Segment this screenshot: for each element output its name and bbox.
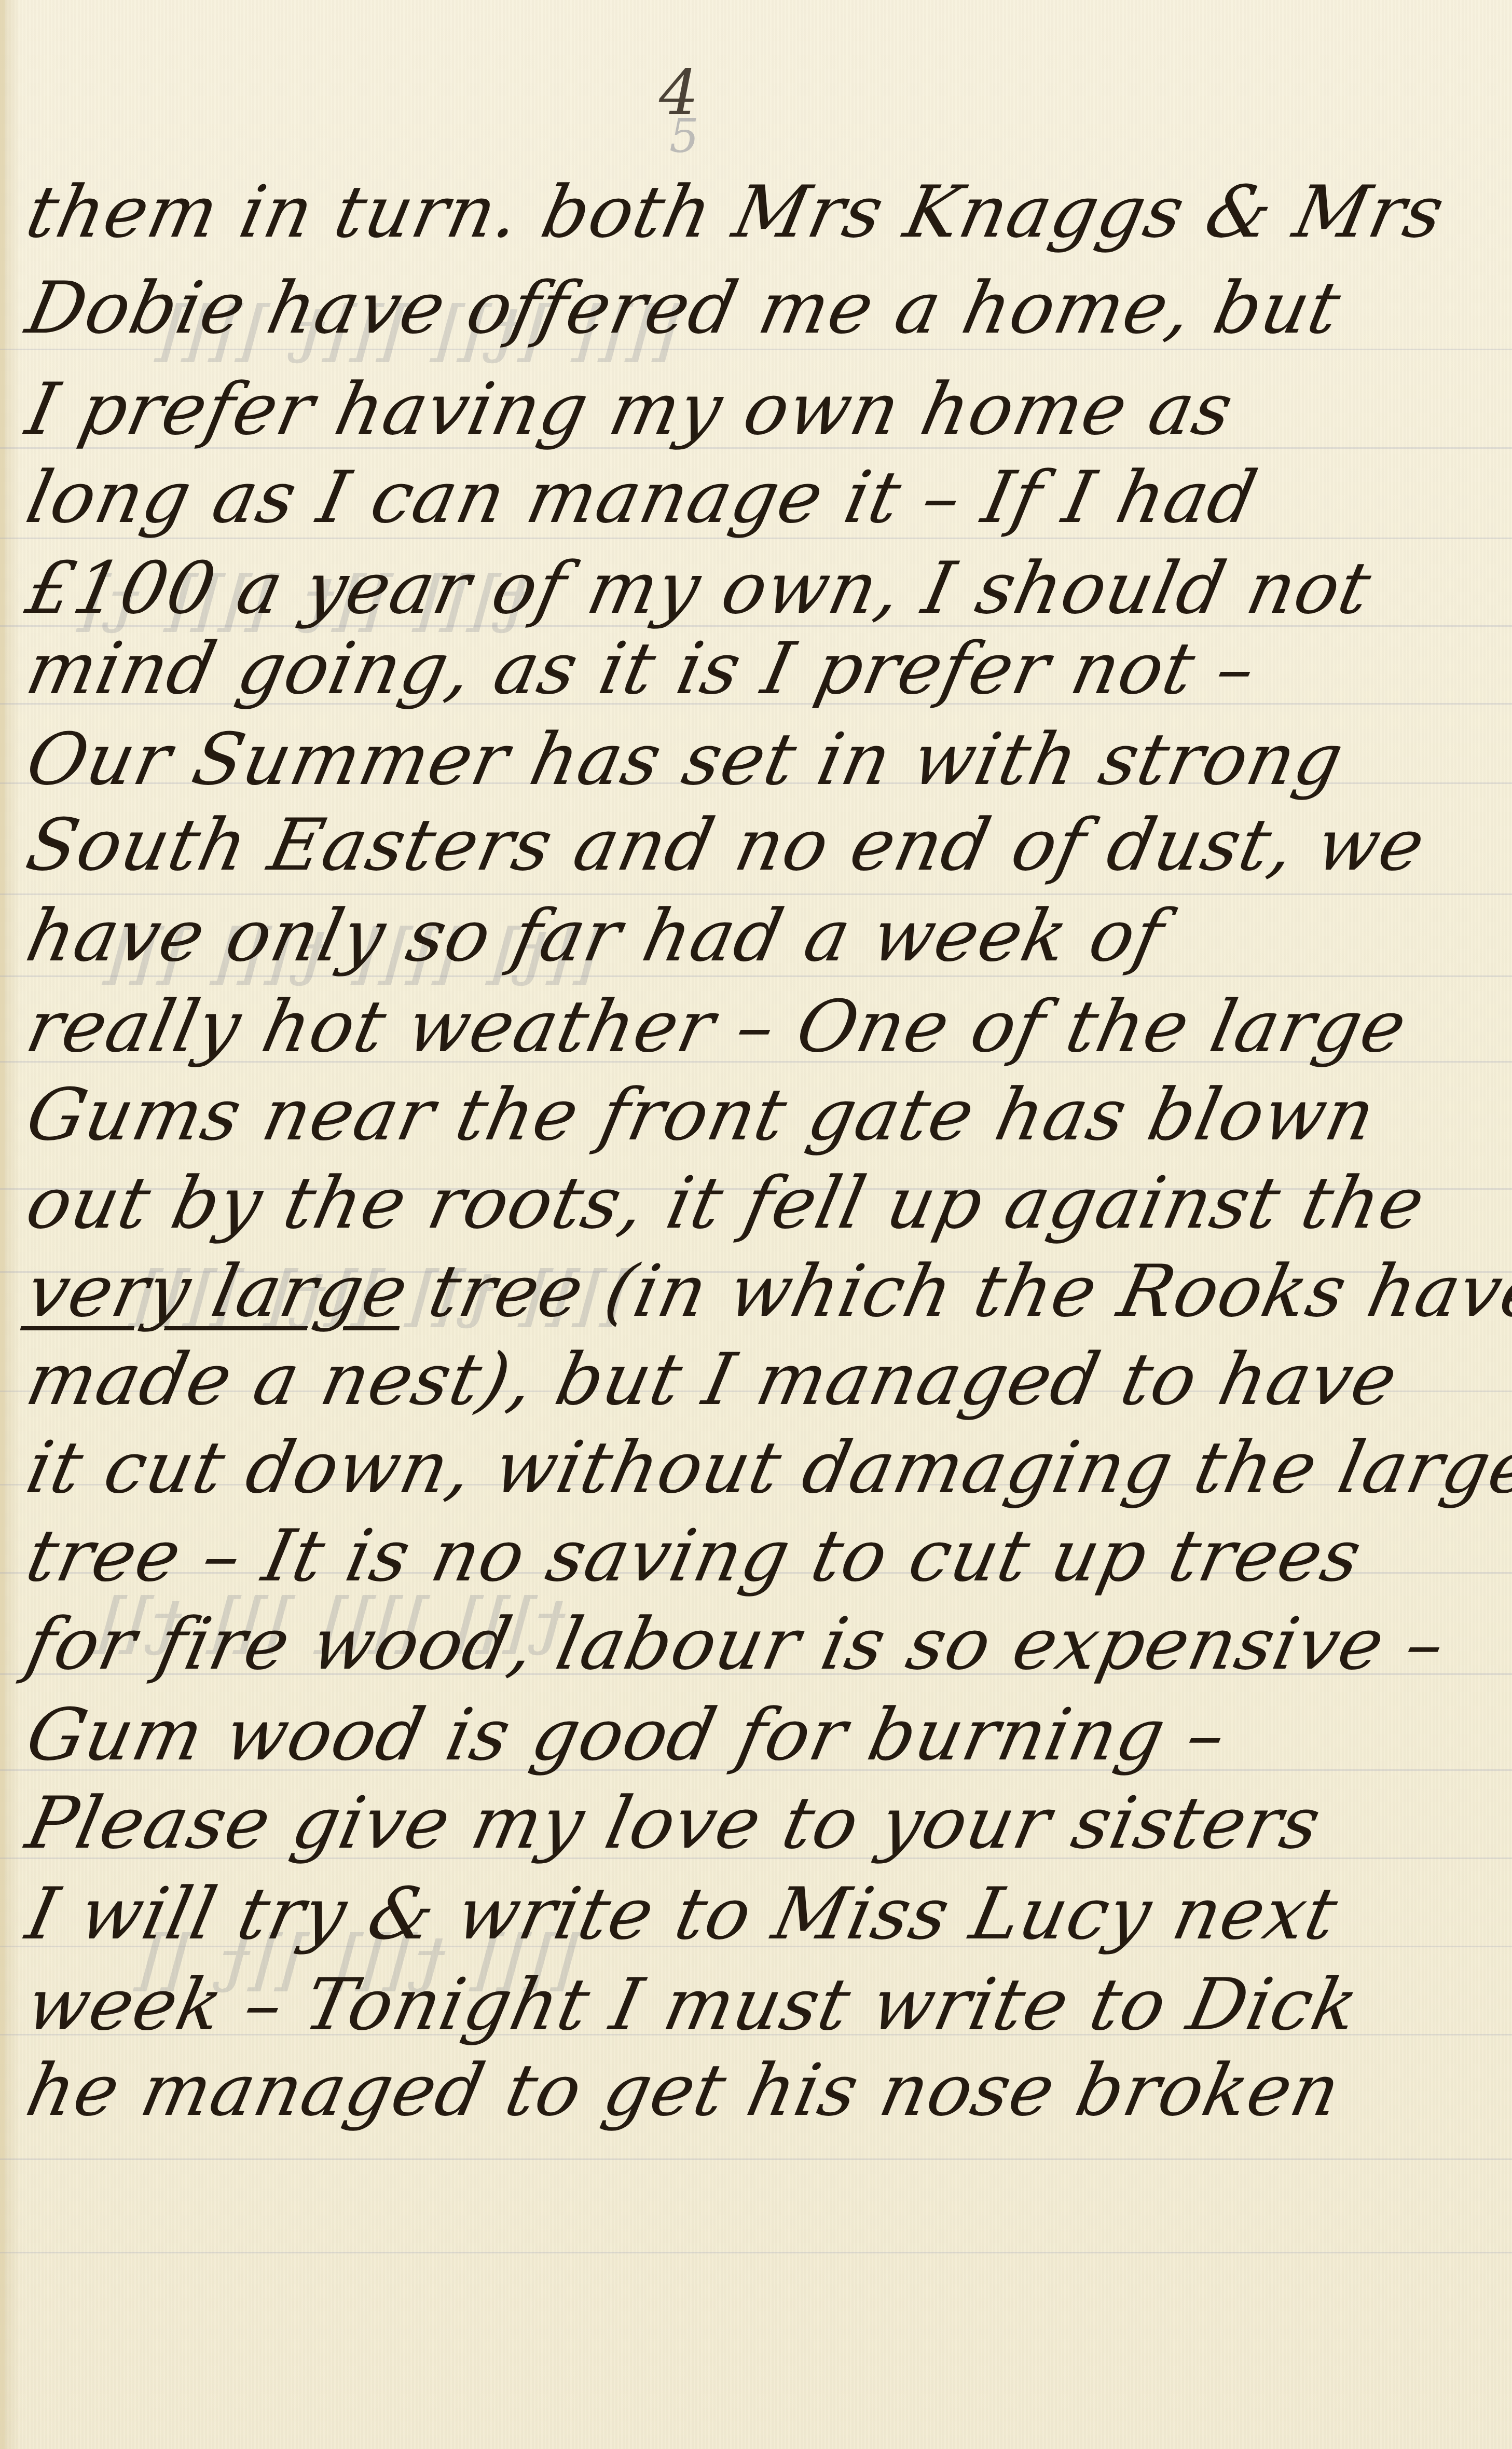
letter-line-9: have only so far had a week of	[21, 900, 1170, 972]
letter-page: llll ltll lllt llll tlll llt llll tl llt…	[0, 0, 1512, 2449]
line-13-rest: tree (in which the Rooks have	[398, 1249, 1512, 1333]
letter-line-6: mind going, as it is I prefer not –	[21, 633, 1262, 705]
letter-line-3: I prefer having my own home as	[21, 374, 1240, 445]
letter-line-13: very large tree (in which the Rooks have	[21, 1256, 1512, 1327]
ruled-line	[0, 2158, 1512, 2160]
letter-line-21: week – Tonight I must write to Dick	[21, 1969, 1365, 2041]
letter-line-11: Gums near the front gate has blown	[21, 1079, 1382, 1151]
letter-line-20: I will try & write to Miss Lucy next	[21, 1878, 1344, 1950]
page-number-bleed-through: 5	[669, 109, 699, 163]
letter-line-5: £100 a year of my own, I should not	[21, 553, 1378, 624]
letter-line-17: for fire wood, labour is so expensive –	[21, 1608, 1451, 1680]
letter-line-22: he managed to get his nose broken	[21, 2055, 1347, 2126]
letter-line-16: tree – It is no saving to cut up trees	[21, 1520, 1368, 1592]
letter-line-4: long as I can manage it – If I had	[21, 462, 1263, 533]
letter-line-18: Gum wood is good for burning –	[21, 1699, 1232, 1771]
letter-line-12: out by the roots, it fell up against the	[21, 1167, 1431, 1239]
letter-line-14: made a nest), but I managed to have	[21, 1344, 1404, 1415]
letter-line-15: it cut down, without damaging the large	[21, 1432, 1512, 1504]
ruled-line	[0, 2252, 1512, 2253]
letter-line-19: Please give my love to your sisters	[21, 1787, 1327, 1859]
letter-line-7: Our Summer has set in with strong	[21, 724, 1350, 795]
letter-line-2: Dobie have offered me a home, but	[21, 272, 1347, 344]
letter-line-1: them in turn. both Mrs Knaggs & Mrs	[21, 176, 1451, 248]
letter-line-8: South Easters and no end of dust, we	[21, 809, 1432, 881]
paper-left-edge	[0, 0, 5, 2449]
underlined-phrase: very large	[20, 1249, 416, 1333]
letter-line-10: really hot weather – One of the large	[21, 991, 1413, 1063]
